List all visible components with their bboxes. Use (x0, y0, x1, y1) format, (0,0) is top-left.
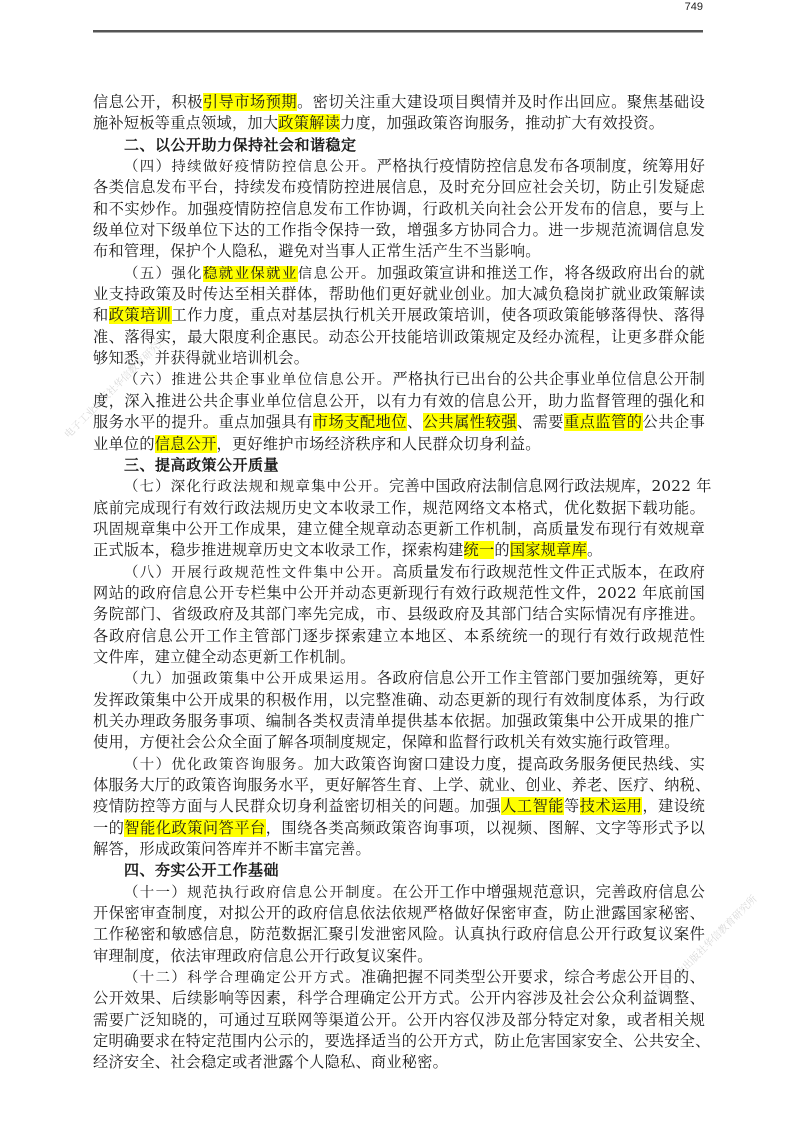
text-segment: 体服务大厅的政策咨询服务水平，更好解答生育、上学、就业、创业、养老、医疗、纳税、 (93, 776, 711, 794)
text-segment: 严格执行疫情防控信息发布各项制度，统筹用好 (377, 157, 705, 175)
paragraph-line: 度，深入推进公共企事业单位信息公开，以有力有效的信息公开，助力监督管理的强化和 (93, 391, 705, 412)
text-segment: 四、夯实公开工作基础 (124, 861, 279, 879)
text-segment: 审理制度，依法审理政府信息公开行政复议案件。 (93, 947, 433, 965)
text-segment: 。密切关注重大建设项目舆情并及时作出回应。聚焦基础设 (297, 93, 705, 111)
paragraph-first-line: （五）强化稳就业保就业信息公开。加强政策宣讲和推送工作，将各级政府出台的就 (93, 263, 705, 284)
text-segment: 开保密审查制度，对拟公开的政府信息依法依规严格做好保密审查，防止泄露国家秘密、 (93, 904, 705, 922)
highlighted-text: 稳就业保就业 (203, 266, 298, 282)
text-segment: 加大政策咨询窗口建设力度，提高政务服务便民热线、实 (314, 755, 705, 773)
highlighted-text: 市场支配地位 (313, 413, 407, 431)
paragraph-line: 一的智能化政策问答平台，围绕各类高频政策咨询事项，以视频、图解、文字等形式予以 (93, 818, 705, 839)
text-segment: 准确把握不同类型公开要求，综合考虑公开目的、 (361, 968, 705, 986)
paragraph-first-line: （十二）科学合理确定公开方式。准确把握不同类型公开要求，综合考虑公开目的、 (93, 967, 705, 988)
text-segment: 各类信息发布平台，持续发布疫情防控进展信息，及时充分回应社会关切，防止引发疑虑 (93, 178, 705, 196)
text-segment: 需要广泛知晓的，可通过互联网等渠道公开。公开内容仅涉及部分特定对象，或者相关规 (93, 1011, 705, 1029)
item-lead-text: （七）深化行政法规和规章集中公开。 (124, 479, 389, 495)
text-segment: 信息公开，积极 (93, 93, 203, 111)
paragraph-line: 使用，方便社会公众全面了解各项制度规定，保障和监督行政机关有效实施行政管理。 (93, 732, 705, 753)
text-segment: 、需要 (517, 413, 564, 431)
item-lead-text: （十）优化政策咨询服务。 (124, 757, 314, 773)
text-segment: ，围绕各类高频政策咨询事项，以视频、图解、文字等形式予以 (266, 819, 705, 837)
text-segment: 解答，形成政策问答库并不断丰富完善。 (93, 840, 371, 858)
text-segment: 二、以公开助力保持社会和谐稳定 (124, 136, 357, 154)
text-segment: 网站的政府信息公开专栏集中公开并动态更新现行有效行政规范性文件，2022 年底前… (93, 584, 705, 602)
paragraph-first-line: （九）加强政策集中公开成果运用。各政府信息公开工作主管部门要加强统筹，更好 (93, 668, 705, 689)
text-segment: 公开效果、后续影响等因素，科学合理确定公开方式。公开内容涉及社会公众利益调整、 (93, 989, 705, 1007)
text-segment: 。 (587, 541, 602, 559)
text-segment: 业单位的 (93, 435, 155, 453)
text-segment: 公共企事 (643, 413, 706, 431)
text-segment: 的 (494, 541, 509, 559)
paragraph-line: 务院部门、省级政府及其部门率先完成，市、县级政府及其部门结合实际情况有序推进。 (93, 604, 705, 625)
text-segment: 等 (564, 797, 580, 815)
paragraph-line: 发挥政策集中公开成果的积极作用，以完整准确、动态更新的现行有效制度体系，为行政 (93, 690, 705, 711)
paragraph-line: 需要广泛知晓的，可通过互联网等渠道公开。公开内容仅涉及部分特定对象，或者相关规 (93, 1010, 705, 1031)
highlighted-text: 智能化政策问答平台 (124, 819, 265, 837)
paragraph-line: 巩固规章集中公开工作成果，建立健全规章动态更新工作机制，高质量发布现行有效规章 (93, 519, 705, 540)
text-segment: 服务水平的提升。重点加强具有 (93, 413, 313, 431)
paragraph-line: 公开效果、后续影响等因素，科学合理确定公开方式。公开内容涉及社会公众利益调整、 (93, 988, 705, 1009)
text-segment: 工作力度，重点对基层执行机关开展政策培训，使各项政策能够落得快、落得 (172, 306, 706, 324)
paragraph-line: 服务水平的提升。重点加强具有市场支配地位、公共属性较强、需要重点监管的公共企事 (93, 412, 705, 433)
text-segment: 疫情防控等方面与人民群众切身利益密切相关的问题。加强 (93, 797, 501, 815)
paragraph-line: 和不实炒作。加强疫情防控信息发布工作协调，行政机关向社会公开发布的信息，要与上 (93, 199, 705, 220)
paragraph-line: 正式版本，稳步推进规章历史文本收录工作，探索构建统一的国家规章库。 (93, 540, 705, 561)
text-segment: 准、落得实，最大限度利企惠民。动态公开技能培训政策规定及经办流程，让更多群众能 (93, 328, 705, 346)
text-segment: 加强政策宣讲和推送工作，将各级政府出台的就 (377, 264, 705, 282)
text-segment: 严格执行已出台的公共企事业单位信息公开制 (392, 370, 705, 388)
text-segment: ，建设统 (642, 797, 705, 815)
paragraph-line: 底前完成现行有效行政法规历史文本收录工作，规范网络文本格式，优化数据下载功能。 (93, 498, 705, 519)
paragraph-first-line: （十一）规范执行政府信息公开制度。在公开工作中增强规范意识，完善政府信息公 (93, 882, 705, 903)
paragraph-line: 定明确要求在特定范围内公示的，要选择适当的公开方式，防止危害国家安全、公共安全、 (93, 1031, 705, 1052)
text-segment: 够知悉，并获得就业培训机会。 (93, 349, 309, 367)
highlighted-text: 政策培训 (109, 306, 172, 324)
item-lead-text: （八）开展行政规范性文件集中公开。 (124, 565, 392, 581)
text-segment: 文件库，建立健全动态更新工作机制。 (93, 648, 355, 666)
highlighted-text: 信息公开 (155, 435, 217, 453)
section-heading: 三、提高政策公开质量 (93, 455, 705, 476)
item-lead-text: （十二）科学合理确定公开方式。 (124, 970, 361, 986)
paragraph-line: 解答，形成政策问答库并不断丰富完善。 (93, 839, 705, 860)
highlighted-text: 技术运用 (580, 797, 643, 815)
section-heading: 二、以公开助力保持社会和谐稳定 (93, 135, 705, 156)
text-segment: 各政府信息公开工作主管部门逐步探索建立本地区、本系统统一的现行有效行政规范性 (93, 627, 705, 645)
highlighted-text: 引导市场预期 (203, 93, 297, 111)
item-lead-text: （六）推进公共企事业单位信息公开。 (124, 372, 392, 388)
text-segment: 施补短板等重点领域，加大 (93, 114, 278, 132)
paragraph-line: 文件库，建立健全动态更新工作机制。 (93, 647, 705, 668)
item-lead-text: 信息公开。 (298, 266, 377, 282)
paragraph-line: 网站的政府信息公开专栏集中公开并动态更新现行有效行政规范性文件，2022 年底前… (93, 583, 705, 604)
paragraph-line: 业单位的信息公开，更好维护市场经济秩序和人民群众切身利益。 (93, 434, 705, 455)
text-segment: 力度，加强政策咨询服务，推动扩大有效投资。 (340, 114, 664, 132)
highlighted-text: 重点监管的 (564, 413, 643, 431)
paragraph-line: 各类信息发布平台，持续发布疫情防控进展信息，及时充分回应社会关切，防止引发疑虑 (93, 177, 705, 198)
section-heading: 四、夯实公开工作基础 (93, 860, 705, 881)
paragraph-line: 审理制度，依法审理政府信息公开行政复议案件。 (93, 946, 705, 967)
paragraph-line: 信息公开，积极引导市场预期。密切关注重大建设项目舆情并及时作出回应。聚焦基础设 (93, 92, 705, 113)
paragraph-line: 级单位对下级单位下达的工作指令保持一致，增强多方协同合力。进一步规范流调信息发 (93, 220, 705, 241)
text-segment: 三、提高政策公开质量 (124, 456, 279, 474)
text-segment: 、 (407, 413, 423, 431)
text-segment: 级单位对下级单位下达的工作指令保持一致，增强多方协同合力。进一步规范流调信息发 (93, 221, 705, 239)
item-lead-text: （四）持续做好疫情防控信息公开。 (124, 159, 377, 175)
item-lead-text: （十一）规范执行政府信息公开制度。 (124, 885, 392, 901)
paragraph-line: 准、落得实，最大限度利企惠民。动态公开技能培训政策规定及经办流程，让更多群众能 (93, 327, 705, 348)
paragraph-line: 和政策培训工作力度，重点对基层执行机关开展政策培训，使各项政策能够落得快、落得 (93, 305, 705, 326)
text-segment: ，更好维护市场经济秩序和人民群众切身利益。 (217, 435, 541, 453)
paragraph-line: 施补短板等重点领域，加大政策解读力度，加强政策咨询服务，推动扩大有效投资。 (93, 113, 705, 134)
text-segment: 使用，方便社会公众全面了解各项制度规定，保障和监督行政机关有效实施行政管理。 (93, 733, 680, 751)
paragraph-line: 各政府信息公开工作主管部门逐步探索建立本地区、本系统统一的现行有效行政规范性 (93, 626, 705, 647)
paragraph-line: 业支持政策及时传达至相关群体，帮助他们更好就业创业。加大减负稳岗扩就业政策解读 (93, 284, 705, 305)
paragraph-first-line: （六）推进公共企事业单位信息公开。严格执行已出台的公共企事业单位信息公开制 (93, 369, 705, 390)
paragraph-first-line: （四）持续做好疫情防控信息公开。严格执行疫情防控信息发布各项制度，统筹用好 (93, 156, 705, 177)
text-segment: 高质量发布行政规范性文件正式版本，在政府 (392, 563, 705, 581)
text-segment: 和 (93, 306, 109, 324)
text-segment: 和不实炒作。加强疫情防控信息发布工作协调，行政机关向社会公开发布的信息，要与上 (93, 200, 705, 218)
paragraph-line: 够知悉，并获得就业培训机会。 (93, 348, 705, 369)
text-segment: 发挥政策集中公开成果的积极作用，以完整准确、动态更新的现行有效制度体系，为行政 (93, 691, 705, 709)
paragraph-line: 工作秘密和敏感信息，防范数据汇聚引发泄密风险。认真执行政府信息公开行政复议案件 (93, 924, 705, 945)
text-segment: 定明确要求在特定范围内公示的，要选择适当的公开方式，防止危害国家安全、公共安全、 (93, 1032, 711, 1050)
text-segment: 巩固规章集中公开工作成果，建立健全规章动态更新工作机制，高质量发布现行有效规章 (93, 520, 705, 538)
text-segment: 度，深入推进公共企事业单位信息公开，以有力有效的信息公开，助力监督管理的强化和 (93, 392, 705, 410)
text-segment: 布和管理，保护个人隐私，避免对当事人正常生活产生不当影响。 (93, 242, 541, 260)
item-lead-text: （五）强化 (124, 266, 203, 282)
paragraph-line: 开保密审查制度，对拟公开的政府信息依法依规严格做好保密审查，防止泄露国家秘密、 (93, 903, 705, 924)
item-lead-text: （九）加强政策集中公开成果运用。 (124, 671, 377, 687)
text-segment: 业支持政策及时传达至相关群体，帮助他们更好就业创业。加大减负稳岗扩就业政策解读 (93, 285, 705, 303)
highlighted-text: 国家规章库 (510, 541, 587, 559)
text-segment: 机关办理政务服务事项、编制各类权责清单提供基本依据。加强政策集中公开成果的推广 (93, 712, 705, 730)
text-segment: 经济安全、社会稳定或者泄露个人隐私、商业秘密。 (93, 1053, 448, 1071)
paragraph-line: 疫情防控等方面与人民群众切身利益密切相关的问题。加强人工智能等技术运用，建设统 (93, 796, 705, 817)
paragraph-first-line: （八）开展行政规范性文件集中公开。高质量发布行政规范性文件正式版本，在政府 (93, 562, 705, 583)
highlighted-text: 统一 (464, 541, 495, 559)
paragraph-line: 机关办理政务服务事项、编制各类权责清单提供基本依据。加强政策集中公开成果的推广 (93, 711, 705, 732)
text-segment: 正式版本，稳步推进规章历史文本收录工作，探索构建 (93, 541, 464, 559)
text-segment: 务院部门、省级政府及其部门率先完成，市、县级政府及其部门结合实际情况有序推进。 (93, 605, 705, 623)
paragraph-line: 经济安全、社会稳定或者泄露个人隐私、商业秘密。 (93, 1052, 705, 1073)
text-segment: 底前完成现行有效行政法规历史文本收录工作，规范网络文本格式，优化数据下载功能。 (93, 499, 705, 517)
document-body: 信息公开，积极引导市场预期。密切关注重大建设项目舆情并及时作出回应。聚焦基础设施… (93, 92, 705, 1074)
text-segment: 一的 (93, 819, 124, 837)
text-segment: 各政府信息公开工作主管部门要加强统筹，更好 (377, 669, 705, 687)
paragraph-first-line: （十）优化政策咨询服务。加大政策咨询窗口建设力度，提高政务服务便民热线、实 (93, 754, 705, 775)
text-segment: 工作秘密和敏感信息，防范数据汇聚引发泄密风险。认真执行政府信息公开行政复议案件 (93, 925, 705, 943)
page-number: 749 (685, 0, 703, 14)
text-segment: 完善中国政府法制信息网行政法规库，2022 年 (389, 477, 712, 495)
paragraph-first-line: （七）深化行政法规和规章集中公开。完善中国政府法制信息网行政法规库，2022 年 (93, 476, 705, 497)
highlighted-text: 政策解读 (278, 114, 340, 132)
header-rule (93, 30, 703, 33)
highlighted-text: 人工智能 (501, 797, 564, 815)
text-segment: 在公开工作中增强规范意识，完善政府信息公 (392, 883, 705, 901)
paragraph-line: 布和管理，保护个人隐私，避免对当事人正常生活产生不当影响。 (93, 241, 705, 262)
paragraph-line: 体服务大厅的政策咨询服务水平，更好解答生育、上学、就业、创业、养老、医疗、纳税、 (93, 775, 705, 796)
highlighted-text: 公共属性较强 (423, 413, 517, 431)
